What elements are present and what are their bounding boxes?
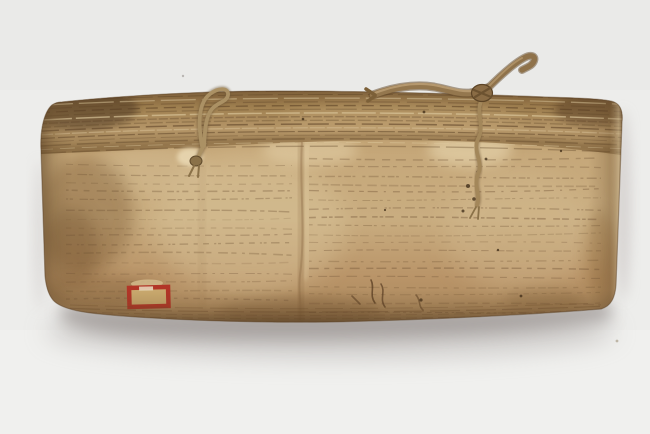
left-fold-shadow xyxy=(200,158,204,305)
dust-speck xyxy=(616,340,619,343)
parchment-light-patch xyxy=(445,170,595,290)
twine-knot xyxy=(190,156,202,166)
backdrop-top-tint xyxy=(0,0,650,90)
photo-stage: studio photograph on seamless light back… xyxy=(0,0,650,434)
dust-speck xyxy=(182,75,184,77)
cover-detail xyxy=(22,86,638,326)
manuscript-photograph: studio photograph on seamless light back… xyxy=(0,0,650,434)
manuscript-book xyxy=(22,86,638,326)
